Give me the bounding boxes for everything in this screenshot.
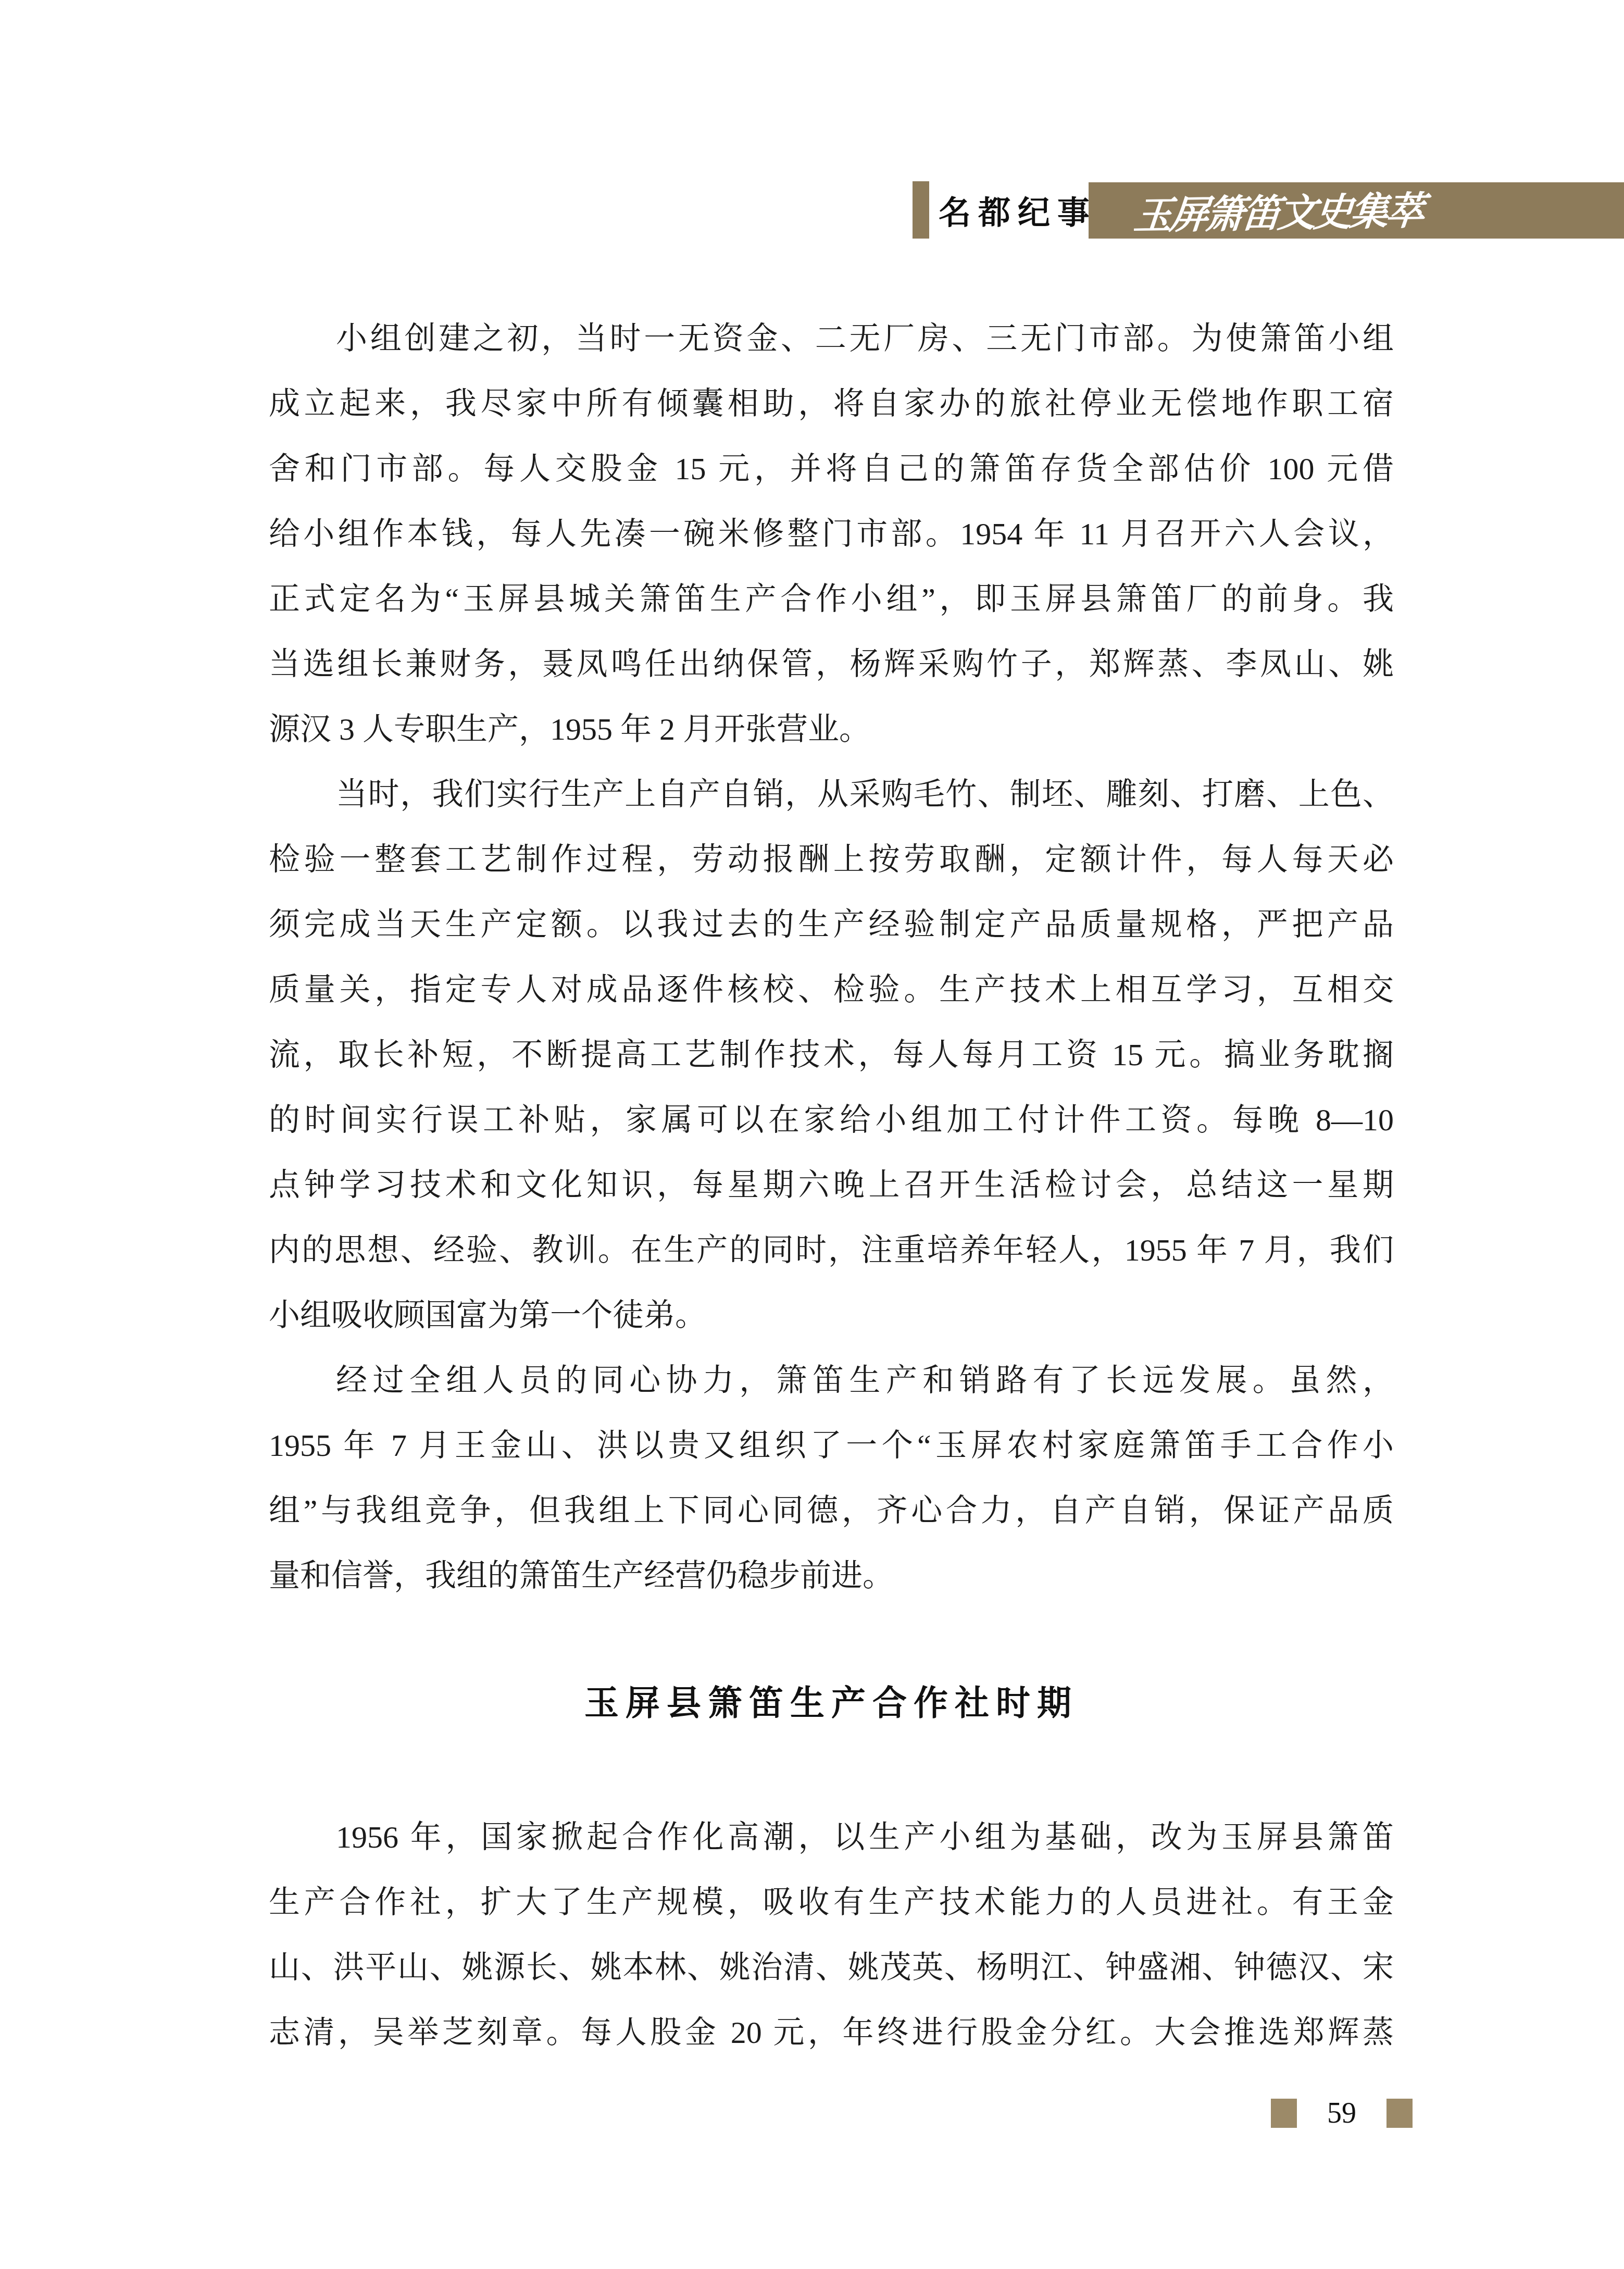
- section-heading: 玉屏县箫笛生产合作社时期: [269, 1671, 1394, 1736]
- text-line: 点钟学习技术和文化知识，每星期六晚上召开生活检讨会，总结这一星期: [269, 1153, 1394, 1218]
- text-line: 内的思想、经验、教训。在生产的同时，注重培养年轻人，1955 年 7 月，我们: [269, 1218, 1394, 1283]
- text-line: 须完成当天生产定额。以我过去的生产经验制定产品质量规格，严把产品: [269, 892, 1394, 957]
- text-line: 检验一整套工艺制作过程，劳动报酬上按劳取酬，定额计件，每人每天必: [269, 827, 1394, 892]
- text-line: 质量关，指定专人对成品逐件核校、检验。生产技术上相互学习，互相交: [269, 957, 1394, 1023]
- header-banner: 玉屏箫笛文史集萃: [1089, 182, 1624, 239]
- text-line: 1955 年 7 月王金山、洪以贵又组织了一个“玉屏农村家庭箫笛手工合作小: [269, 1413, 1394, 1478]
- text-line: 成立起来，我尽家中所有倾囊相助，将自家办的旅社停业无偿地作职工宿: [269, 371, 1394, 437]
- text-line: 小组吸收顾国富为第一个徒弟。: [269, 1283, 1394, 1348]
- text-line: 组”与我组竞争，但我组上下同心同德，齐心合力，自产自销，保证产品质: [269, 1478, 1394, 1543]
- text-line: 舍和门市部。每人交股金 15 元，并将自己的箫笛存货全部估价 100 元借: [269, 437, 1394, 502]
- page-number: 59: [1327, 2097, 1356, 2129]
- text-line: 当选组长兼财务，聂凤鸣任出纳保管，杨辉采购竹子，郑辉蒸、李凤山、姚: [269, 632, 1394, 697]
- paragraph: 小组创建之初，当时一无资金、二无厂房、三无门市部。为使箫笛小组成立起来，我尽家中…: [269, 306, 1394, 762]
- banner-calligraphy-title: 玉屏箫笛文史集萃: [1132, 180, 1425, 241]
- header-accent-bar: [913, 181, 929, 239]
- text-line: 量和信誉，我组的箫笛生产经营仍稳步前进。: [269, 1543, 1394, 1609]
- paragraph: 经过全组人员的同心协力，箫笛生产和销路有了长远发展。虽然，1955 年 7 月王…: [269, 1348, 1394, 1609]
- text-line: 山、洪平山、姚源长、姚本林、姚治清、姚茂英、杨明江、钟盛湘、钟德汉、宋: [269, 1935, 1394, 2000]
- text-line: 经过全组人员的同心协力，箫笛生产和销路有了长远发展。虽然，: [269, 1348, 1394, 1413]
- paragraph: 1956 年，国家掀起合作化高潮，以生产小组为基础，改为玉屏县箫笛生产合作社，扩…: [269, 1805, 1394, 2065]
- article-body: 小组创建之初，当时一无资金、二无厂房、三无门市部。为使箫笛小组成立起来，我尽家中…: [269, 306, 1394, 2065]
- text-line: 1956 年，国家掀起合作化高潮，以生产小组为基础，改为玉屏县箫笛: [269, 1805, 1394, 1870]
- book-page: 名都纪事 玉屏箫笛文史集萃 小组创建之初，当时一无资金、二无厂房、三无门市部。为…: [0, 0, 1624, 2269]
- text-line: 源汉 3 人专职生产，1955 年 2 月开张营业。: [269, 697, 1394, 762]
- text-line: 小组创建之初，当时一无资金、二无厂房、三无门市部。为使箫笛小组: [269, 306, 1394, 371]
- header-section-title: 名都纪事: [939, 181, 1097, 239]
- paragraph: 当时，我们实行生产上自产自销，从采购毛竹、制坯、雕刻、打磨、上色、检验一整套工艺…: [269, 762, 1394, 1348]
- text-line: 当时，我们实行生产上自产自销，从采购毛竹、制坯、雕刻、打磨、上色、: [269, 762, 1394, 827]
- footer-left-square-icon: [1271, 2099, 1297, 2128]
- text-line: 流，取长补短，不断提高工艺制作技术，每人每月工资 15 元。搞业务耽搁: [269, 1023, 1394, 1088]
- text-line: 给小组作本钱，每人先凑一碗米修整门市部。1954 年 11 月召开六人会议，: [269, 502, 1394, 567]
- footer-right-square-icon: [1386, 2099, 1413, 2128]
- paragraph-group-2: 1956 年，国家掀起合作化高潮，以生产小组为基础，改为玉屏县箫笛生产合作社，扩…: [269, 1805, 1394, 2065]
- text-line: 生产合作社，扩大了生产规模，吸收有生产技术能力的人员进社。有王金: [269, 1870, 1394, 1935]
- page-footer: 59: [1271, 2097, 1413, 2129]
- text-line: 的时间实行误工补贴，家属可以在家给小组加工付计件工资。每晚 8—10: [269, 1088, 1394, 1153]
- paragraph-group-1: 小组创建之初，当时一无资金、二无厂房、三无门市部。为使箫笛小组成立起来，我尽家中…: [269, 306, 1394, 1609]
- text-line: 正式定名为“玉屏县城关箫笛生产合作小组”，即玉屏县箫笛厂的前身。我: [269, 567, 1394, 632]
- text-line: 志清，吴举芝刻章。每人股金 20 元，年终进行股金分红。大会推选郑辉蒸: [269, 2000, 1394, 2065]
